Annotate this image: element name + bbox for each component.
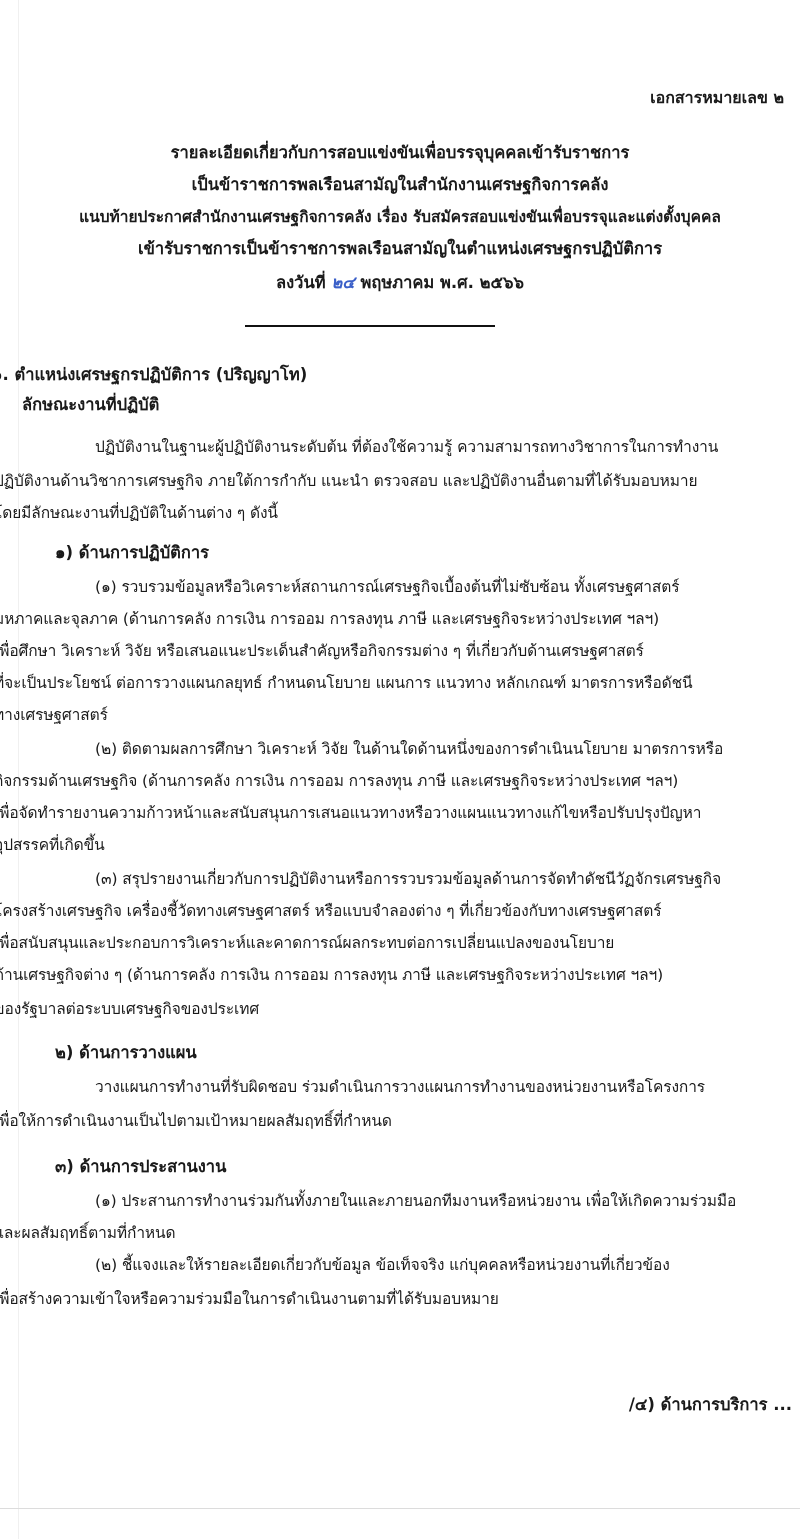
title-line-1: รายละเอียดเกี่ยวกับการสอบแข่งขันเพื่อบรร… xyxy=(0,140,800,166)
page-bottom-edge xyxy=(0,1508,800,1509)
section-subheading: ลักษณะงานที่ปฏิบัติ xyxy=(22,392,159,418)
intro-line: ปฏิบัติงานด้านวิชาการเศรษฐกิจ ภายใต้การก… xyxy=(0,468,697,493)
paragraph-line: เพื่อสร้างความเข้าใจหรือความร่วมมือในการ… xyxy=(0,1286,499,1311)
paragraph-line: อุปสรรคที่เกิดขึ้น xyxy=(0,832,105,857)
paragraph-line: และผลสัมฤทธิ์ตามที่กำหนด xyxy=(0,1220,176,1245)
area-heading-coordination: ๓) ด้านการประสานงาน xyxy=(55,1154,226,1180)
paragraph-line: เพื่อศึกษา วิเคราะห์ วิจัย หรือเสนอแนะปร… xyxy=(0,638,644,663)
paragraph-line: (๒) ชี้แจงและให้รายละเอียดเกี่ยวกับข้อมู… xyxy=(95,1252,670,1277)
paragraph-line: เพื่อจัดทำรายงานความก้าวหน้าและสนับสนุนก… xyxy=(0,800,701,825)
paragraph-line: ด้านเศรษฐกิจต่าง ๆ (ด้านการคลัง การเงิน … xyxy=(0,962,663,987)
section-heading: ๑. ตำแหน่งเศรษฐกรปฏิบัติการ (ปริญญาโท) xyxy=(0,362,307,388)
paragraph-line: วางแผนการทำงานที่รับผิดชอบ ร่วมดำเนินการ… xyxy=(95,1074,705,1099)
paragraph-line: เพื่อให้การดำเนินงานเป็นไปตามเป้าหมายผลส… xyxy=(0,1108,392,1133)
paragraph-line: (๑) ประสานการทำงานร่วมกันทั้งภายในและภาย… xyxy=(95,1188,736,1213)
paragraph-line: ของรัฐบาลต่อระบบเศรษฐกิจของประเทศ xyxy=(0,996,259,1021)
paragraph-line: (๒) ติดตามผลการศึกษา วิเคราะห์ วิจัย ในด… xyxy=(95,736,723,761)
date-day-handwritten: ๒๔ xyxy=(331,273,354,292)
paragraph-line: มหภาคและจุลภาค (ด้านการคลัง การเงิน การอ… xyxy=(0,606,659,631)
intro-line: โดยมีลักษณะงานที่ปฏิบัติในด้านต่าง ๆ ดัง… xyxy=(0,500,278,525)
paragraph-line: (๓) สรุปรายงานเกี่ยวกับการปฏิบัติงานหรือ… xyxy=(95,866,721,891)
title-line-2: เป็นข้าราชการพลเรือนสามัญในสำนักงานเศรษฐ… xyxy=(0,172,800,198)
date-suffix: พฤษภาคม พ.ศ. ๒๕๖๖ xyxy=(360,273,524,292)
paragraph-line: กิจกรรมด้านเศรษฐกิจ (ด้านการคลัง การเงิน… xyxy=(0,768,678,793)
paragraph-line: โครงสร้างเศรษฐกิจ เครื่องชี้วัดทางเศรษฐศ… xyxy=(0,898,661,923)
paragraph-line: เพื่อสนับสนุนและประกอบการวิเคราะห์และคาด… xyxy=(0,930,614,955)
intro-line: ปฏิบัติงานในฐานะผู้ปฏิบัติงานระดับต้น ที… xyxy=(95,434,718,459)
area-heading-planning: ๒) ด้านการวางแผน xyxy=(55,1040,197,1066)
title-date: ลงวันที่ ๒๔ พฤษภาคม พ.ศ. ๒๕๖๖ xyxy=(0,270,800,296)
title-divider xyxy=(245,325,495,327)
continuation-marker: /๔) ด้านการบริการ ... xyxy=(629,1392,792,1418)
title-line-4: เข้ารับราชการเป็นข้าราชการพลเรือนสามัญใน… xyxy=(0,236,800,262)
paragraph-line: ทางเศรษฐศาสตร์ xyxy=(0,702,108,727)
title-line-3: แนบท้ายประกาศสำนักงานเศรษฐกิจการคลัง เรื… xyxy=(0,204,800,229)
paragraph-line: ที่จะเป็นประโยชน์ ต่อการวางแผนกลยุทธ์ กำ… xyxy=(0,670,693,695)
document-number: เอกสารหมายเลข ๒ xyxy=(650,86,784,111)
area-heading-operations: ๑) ด้านการปฏิบัติการ xyxy=(55,540,209,566)
date-prefix: ลงวันที่ xyxy=(276,273,326,292)
paragraph-line: (๑) รวบรวมข้อมูลหรือวิเคราะห์สถานการณ์เศ… xyxy=(95,574,679,599)
